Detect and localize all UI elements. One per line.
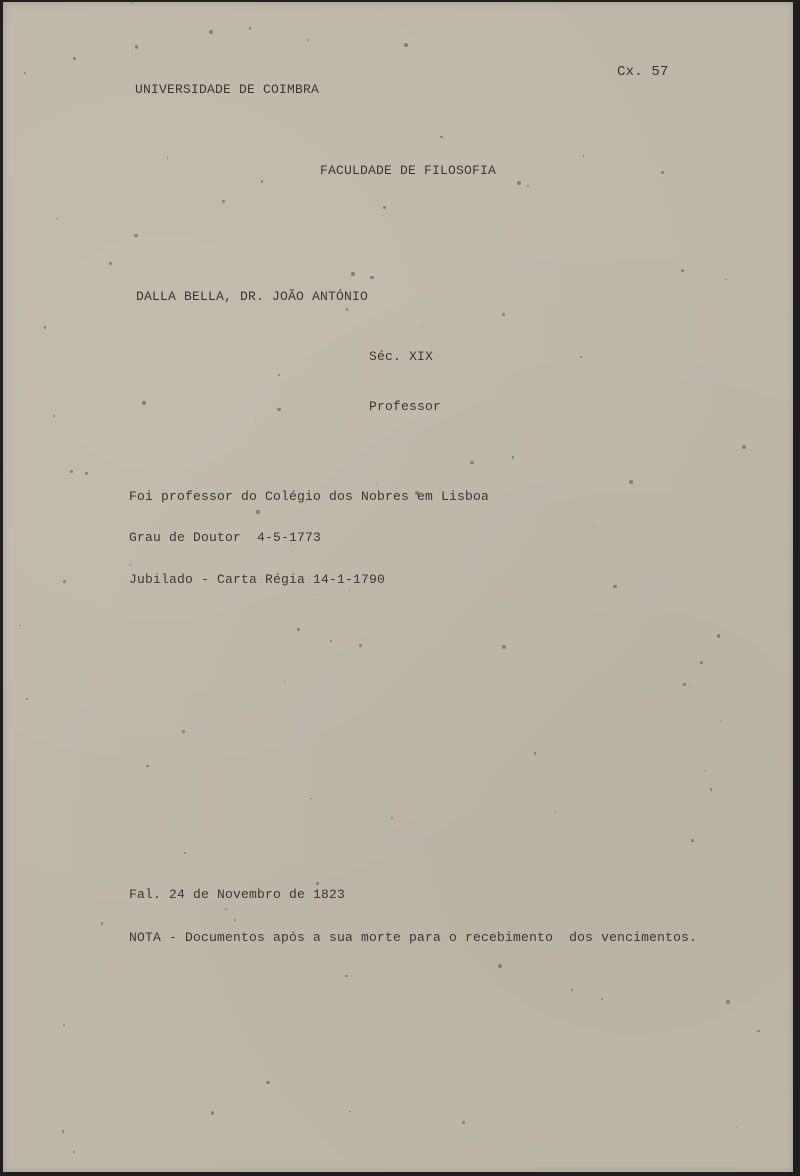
entry-line: Grau de Doutor 4-5-1773 xyxy=(129,530,321,545)
university-heading: UNIVERSIDADE DE COIMBRA xyxy=(135,82,319,97)
role: Professor xyxy=(369,399,441,414)
death-date: Fal. 24 de Novembro de 1823 xyxy=(129,887,345,902)
note: NOTA - Documentos após a sua morte para … xyxy=(129,930,697,945)
faculty-heading: FACULDADE DE FILOSOFIA xyxy=(320,163,496,178)
entry-line: Jubilado - Carta Régia 14-1-1790 xyxy=(129,572,385,587)
box-number: Cx. 57 xyxy=(617,64,669,80)
century: Séc. XIX xyxy=(369,349,433,364)
entry-line: Foi professor do Colégio dos Nobres em L… xyxy=(129,489,489,504)
document-page: Cx. 57 UNIVERSIDADE DE COIMBRA FACULDADE… xyxy=(3,2,793,1172)
person-name: DALLA BELLA, DR. JOÃO ANTÓNIO xyxy=(136,289,368,304)
